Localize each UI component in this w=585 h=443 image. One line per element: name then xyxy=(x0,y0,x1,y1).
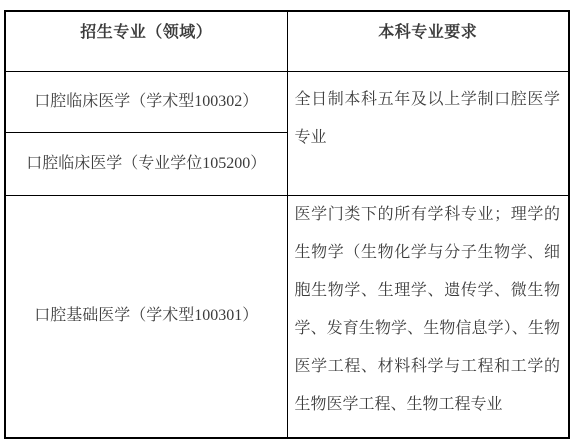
requirement-cell-clinical: 全日制本科五年及以上学制口腔医学专业 xyxy=(287,71,569,195)
major-cell-clinical-academic: 口腔临床医学（学术型100302） xyxy=(5,71,287,132)
document-page: 招生专业（领域） 本科专业要求 口腔临床医学（学术型100302） 全日制本科五… xyxy=(0,0,585,443)
header-cell-requirement: 本科专业要求 xyxy=(287,11,569,71)
table-row: 口腔临床医学（学术型100302） 全日制本科五年及以上学制口腔医学专业 xyxy=(5,71,569,132)
header-cell-major: 招生专业（领域） xyxy=(5,11,287,71)
major-cell-clinical-professional: 口腔临床医学（专业学位105200） xyxy=(5,132,287,195)
admission-requirements-table: 招生专业（领域） 本科专业要求 口腔临床医学（学术型100302） 全日制本科五… xyxy=(4,10,570,439)
major-cell-basic-academic: 口腔基础医学（学术型100301） xyxy=(5,195,287,438)
table-header-row: 招生专业（领域） 本科专业要求 xyxy=(5,11,569,71)
requirement-cell-basic: 医学门类下的所有学科专业；理学的生物学（生物化学与分子生物学、细胞生物学、生理学… xyxy=(287,195,569,438)
table-row: 口腔基础医学（学术型100301） 医学门类下的所有学科专业；理学的生物学（生物… xyxy=(5,195,569,438)
